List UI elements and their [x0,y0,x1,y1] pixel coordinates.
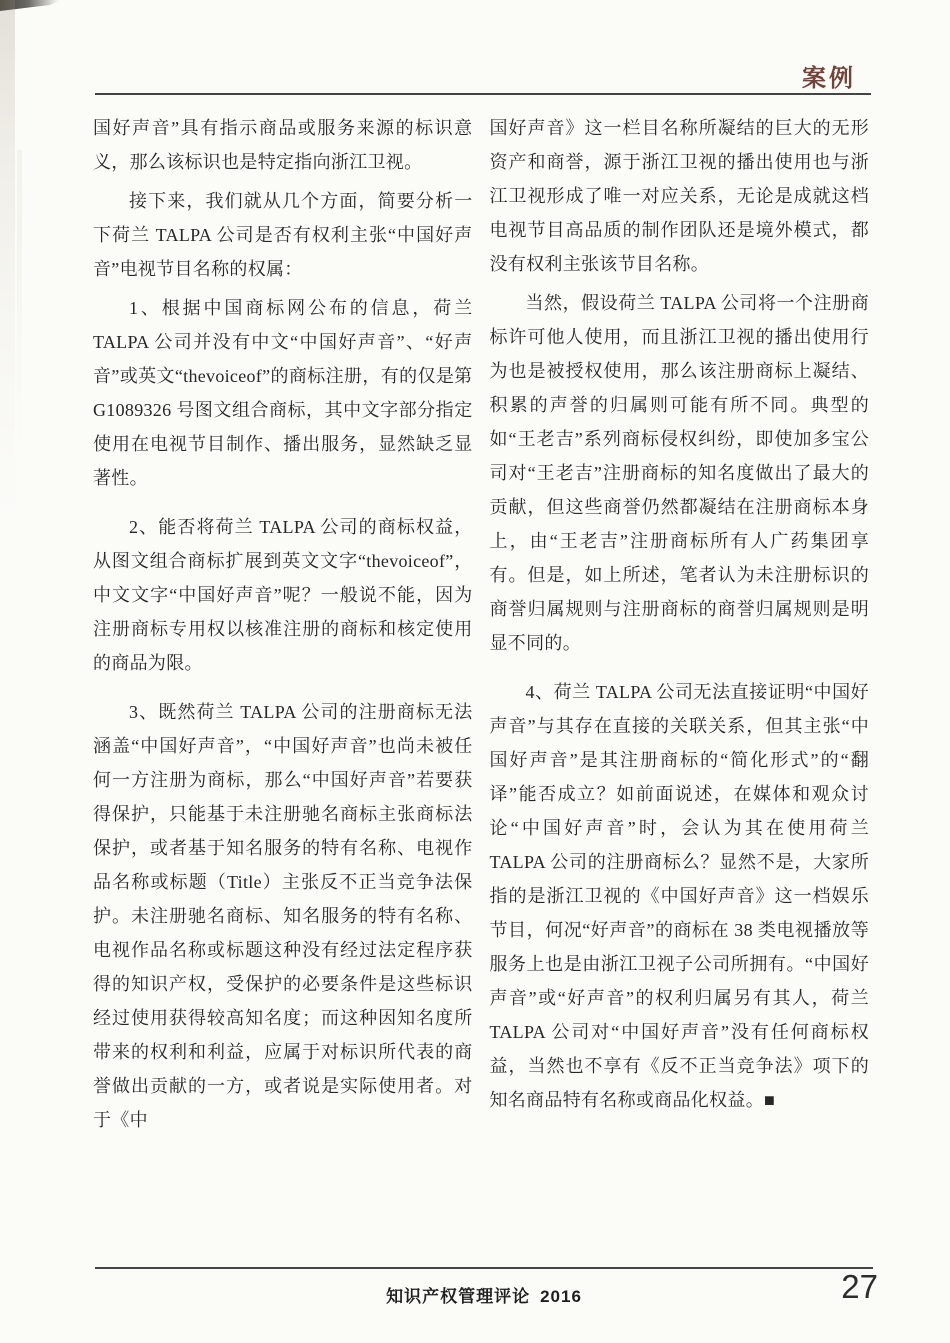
scan-left-edge-shade [0,0,15,520]
journal-year: 2016 [540,1287,582,1306]
journal-title: 知识产权管理评论2016 [95,1282,873,1307]
footer-rule [95,1267,873,1269]
paragraph: 3、既然荷兰 TALPA 公司的注册商标无法涵盖“中国好声音”，“中国好声音”也… [93,695,473,1137]
paragraph: 4、荷兰 TALPA 公司无法直接证明“中国好声音”与其存在直接的关联关系，但其… [490,675,870,1117]
scanned-article-page: 案例 国好声音”具有指示商品或服务来源的标识意义，那么该标识也是特定指向浙江卫视… [0,0,950,1343]
paragraph: 国好声音》这一栏目名称所凝结的巨大的无形资产和商誉，源于浙江卫视的播出使用也与浙… [490,111,870,281]
header-rule [95,93,871,95]
paragraph: 接下来，我们就从几个方面，简要分析一下荷兰 TALPA 公司是否有权利主张“中国… [93,184,473,286]
right-column: 国好声音》这一栏目名称所凝结的巨大的无形资产和商誉，源于浙江卫视的播出使用也与浙… [490,111,870,1137]
page-number: 27 [841,1268,878,1306]
section-label: 案例 [801,58,857,93]
paragraph: 国好声音”具有指示商品或服务来源的标识意义，那么该标识也是特定指向浙江卫视。 [93,111,473,179]
paragraph: 2、能否将荷兰 TALPA 公司的商标权益，从图文组合商标扩展到英文文字“the… [93,510,473,680]
scan-edge-streak [17,150,22,450]
article-body: 国好声音”具有指示商品或服务来源的标识意义，那么该标识也是特定指向浙江卫视。 接… [93,111,869,1137]
paragraph: 1、根据中国商标网公布的信息，荷兰 TALPA 公司并没有中文“中国好声音”、“… [93,291,473,495]
journal-name: 知识产权管理评论 [386,1287,530,1306]
paragraph: 当然，假设荷兰 TALPA 公司将一个注册商标许可他人使用，而且浙江卫视的播出使… [490,286,870,660]
left-column: 国好声音”具有指示商品或服务来源的标识意义，那么该标识也是特定指向浙江卫视。 接… [93,111,473,1137]
